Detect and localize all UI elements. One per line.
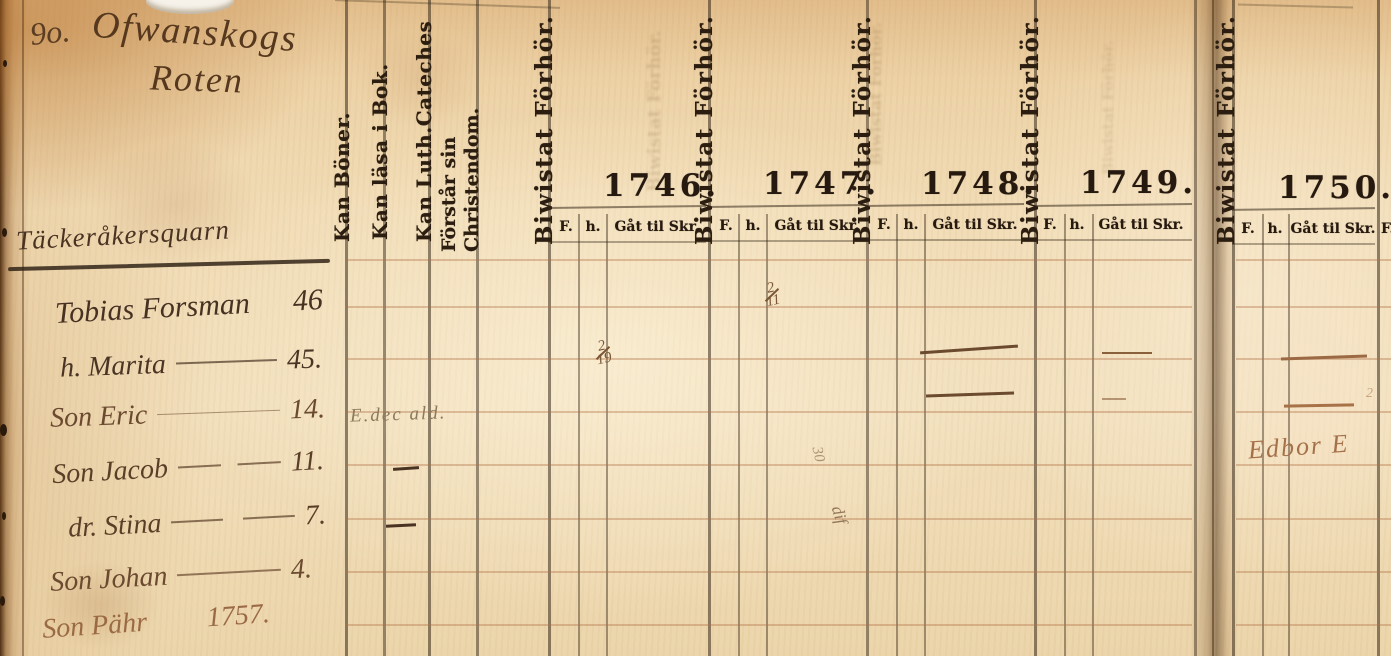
note-eric-reading: E.dec ald. xyxy=(350,402,447,427)
column-header-bivistat-1746: Biwistat Förhör. xyxy=(533,15,556,245)
entry-dash-1749 xyxy=(1102,352,1152,354)
subheader-skr: Gåt til Skr. xyxy=(768,218,866,234)
subcolumn-line xyxy=(924,214,926,656)
column-line xyxy=(345,0,348,656)
year-underline xyxy=(548,205,706,209)
subheader-underline xyxy=(1232,243,1375,245)
resident-name: Son Johan xyxy=(49,561,168,599)
row-rule xyxy=(345,259,1192,261)
subcolumn-line xyxy=(578,214,580,656)
resident-name: dr. Stina xyxy=(67,508,162,545)
resident-age: 45. xyxy=(286,343,322,376)
year-header-1748: 1748. xyxy=(921,166,1026,202)
subheader-f: F. xyxy=(872,217,896,233)
column-header-bivistat-1747: Biwistat Förhör. xyxy=(693,15,716,245)
resident-age: 4. xyxy=(290,553,313,586)
subheader-skr: Gåt til Skr. xyxy=(608,219,706,235)
resident-name: Tobias Forsman xyxy=(54,287,250,331)
fill-line xyxy=(157,409,280,415)
row-rule xyxy=(345,464,1192,466)
resident-age: 11. xyxy=(290,445,325,479)
row-rule xyxy=(345,518,1192,520)
year-header-1749: 1749. xyxy=(1080,165,1190,201)
row-rule xyxy=(345,411,1192,413)
column-header-forstar: Förstår sin Christendom. xyxy=(438,108,484,252)
column-header-kan-boner: Kan Böner. xyxy=(332,112,352,242)
subheader-underline xyxy=(1034,239,1192,241)
subheader-skr: Gåt til Skr. xyxy=(1092,217,1190,233)
column-header-forstar-line1: Förstår sin xyxy=(438,108,461,252)
scanned-church-record-page: Biwistat Förhör. Biwistat Förhör. Biwist… xyxy=(0,0,1391,656)
subheader-f: F. xyxy=(1038,217,1062,233)
resident-name: Son Jacob xyxy=(51,453,168,491)
fill-line xyxy=(171,515,295,523)
rote-number: 9o. xyxy=(28,12,72,53)
table-top-line xyxy=(335,0,560,9)
subheader-f: F. xyxy=(1236,221,1260,237)
subcolumn-line xyxy=(738,214,740,656)
rote-name-line2: Roten xyxy=(149,56,244,101)
column-header-kan-cateches: Kan Luth.Cateches xyxy=(414,21,434,242)
resident-name: Son Eric xyxy=(50,399,148,434)
resident-row: Tobias Forsman 46 xyxy=(54,283,323,331)
row-rule xyxy=(1236,259,1391,261)
fill-line xyxy=(177,569,281,576)
exam-date-1746: 2 19 xyxy=(591,338,614,367)
fill-line xyxy=(178,461,281,468)
subheader-skr: Gåt til Skr. xyxy=(926,217,1024,233)
subheader-f: F. xyxy=(714,218,738,234)
row-rule xyxy=(1236,571,1391,573)
subheader-skr: Gåt til Skr. xyxy=(1290,221,1376,237)
ink-speck xyxy=(0,424,7,436)
check-dash xyxy=(393,466,419,470)
resident-row: Son Eric 14. xyxy=(50,393,326,435)
ink-speck xyxy=(3,60,7,67)
year-header-1747: 1747. xyxy=(763,166,868,202)
fill-line xyxy=(157,617,197,622)
column-line xyxy=(1194,0,1197,656)
year-header-1750: 1750. xyxy=(1278,170,1378,206)
column-line xyxy=(22,0,24,656)
year-header-1746: 1746. xyxy=(603,168,708,204)
year-underline xyxy=(866,203,1024,207)
subcolumn-line xyxy=(1092,214,1094,656)
row-rule xyxy=(345,624,1192,626)
row-rule xyxy=(345,571,1192,573)
bleed-through-text: Biwistat Förhör. xyxy=(1101,40,1116,175)
rotated-mark-30: 30 xyxy=(808,445,828,463)
ink-speck xyxy=(2,228,7,237)
resident-age: 1757. xyxy=(206,598,271,634)
resident-row: dr. Stina 7. xyxy=(67,499,326,544)
subheader-f-partial: F. xyxy=(1381,221,1391,237)
subheader-h: h. xyxy=(742,218,764,234)
subheader-h: h. xyxy=(1264,221,1286,237)
subheader-f: F. xyxy=(554,219,578,235)
rotated-mark-dif: dif xyxy=(827,503,852,526)
column-line xyxy=(1377,0,1380,656)
subheader-underline xyxy=(548,241,706,243)
resident-age: 46 xyxy=(292,283,324,319)
row-rule xyxy=(1236,518,1391,520)
column-header-bivistat-1749: Biwistat Förhör. xyxy=(1019,15,1042,245)
row-rule xyxy=(345,358,1192,360)
ink-speck xyxy=(2,512,6,520)
column-header-kan-lasa: Kan läsa i Bok. xyxy=(370,63,390,240)
resident-age: 14. xyxy=(289,393,325,426)
year-underline xyxy=(1232,207,1375,211)
subcolumn-line xyxy=(1064,214,1066,656)
entry-dash-1748 xyxy=(926,391,1014,397)
ink-speck xyxy=(0,596,5,606)
subheader-h: h. xyxy=(900,217,922,233)
subcolumn-line xyxy=(606,214,608,656)
resident-row: Son Jacob 11. xyxy=(51,445,324,491)
entry-dash-1748 xyxy=(920,345,1018,354)
faint-mark-2: 2 xyxy=(1366,386,1373,402)
resident-name: h. Marita xyxy=(60,349,167,385)
subheader-h: h. xyxy=(1066,217,1088,233)
resident-row: h. Marita 45. xyxy=(60,343,323,384)
row-rule xyxy=(1236,306,1391,308)
table-top-line xyxy=(1238,3,1353,8)
row-rule xyxy=(1236,624,1391,626)
resident-age: 7. xyxy=(304,499,327,532)
entry-dash-1749 xyxy=(1102,398,1126,400)
subheader-underline xyxy=(708,240,866,242)
rote-name-line1: Ofwanskogs xyxy=(91,3,299,61)
check-dash xyxy=(386,523,416,528)
column-header-forstar-line2: Christendom. xyxy=(461,108,484,252)
column-header-bivistat-1748: Biwistat Förhör. xyxy=(851,15,874,245)
fill-line xyxy=(176,359,277,365)
subheader-underline xyxy=(866,239,1024,241)
year-underline xyxy=(708,204,866,208)
fill-line xyxy=(260,301,283,304)
year-underline xyxy=(1034,203,1192,207)
row-rule xyxy=(1236,411,1391,413)
subheader-h: h. xyxy=(582,219,604,235)
column-line xyxy=(476,0,479,656)
subcolumn-line xyxy=(896,214,898,656)
